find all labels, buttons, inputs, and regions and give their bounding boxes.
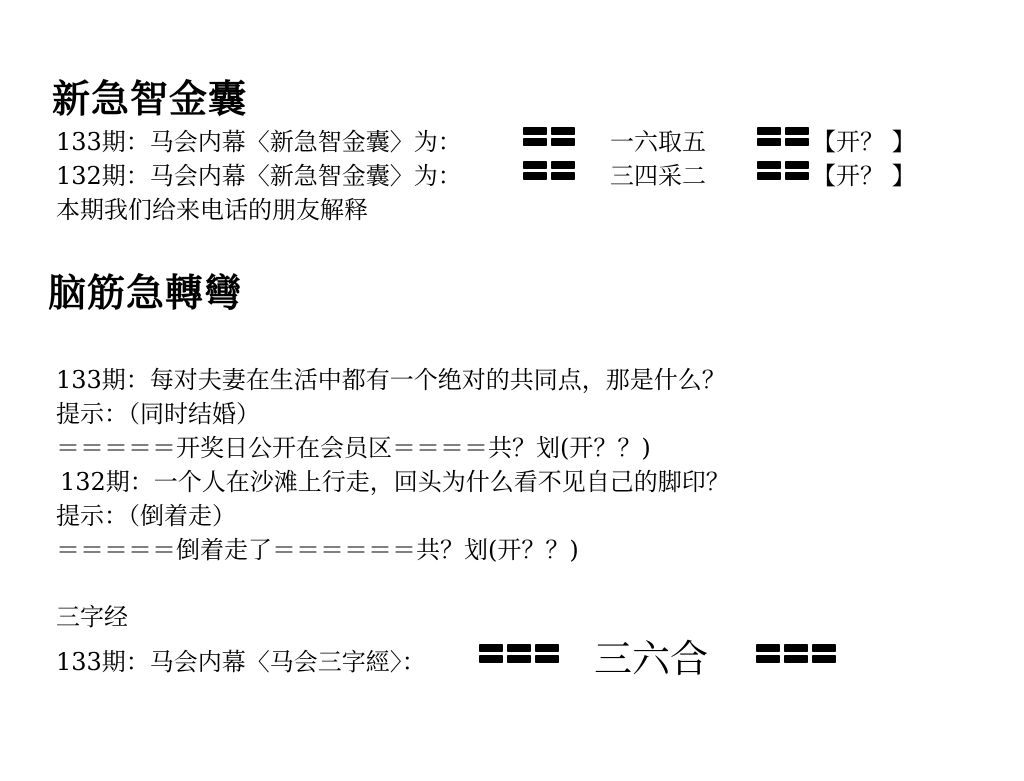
row-132-prefix: 132期：马会内幕〈新急智金囊〉为： [56, 156, 462, 191]
answer-133: ＝＝＝＝＝开奖日公开在会员区＝＝＝＝共？划(开？？) [56, 428, 651, 463]
redacted-block-icon [479, 644, 559, 663]
row-132-suffix: 【开？ 】 [812, 156, 916, 191]
section-title-sanzijing: 三字经 [56, 597, 128, 632]
answer-132: ＝＝＝＝＝倒着走了＝＝＝＝＝＝共？划(开？？) [56, 530, 579, 565]
hint-133: 提示：（同时结婚） [56, 394, 260, 429]
redacted-block-icon [757, 161, 809, 180]
question-132: 132期：一个人在沙滩上行走，回头为什么看不见自己的脚印？ [60, 462, 730, 497]
section-title-naojin: 脑筋急轉彎 [48, 262, 243, 317]
row-132-answer: 三四采二 [610, 156, 706, 191]
hint-132: 提示：（倒着走） [56, 496, 236, 531]
row-133-answer: 一六取五 [610, 122, 706, 157]
row-133-prefix: 133期：马会内幕〈新急智金囊〉为： [56, 122, 462, 157]
row-133-suffix: 【开？ 】 [812, 122, 916, 157]
question-133: 133期：每对夫妻在生活中都有一个绝对的共同点，那是什么？ [56, 360, 726, 395]
section1-note: 本期我们给来电话的朋友解释 [56, 190, 368, 225]
sanzijing-answer: 三六合 [594, 628, 708, 683]
redacted-block-icon [757, 127, 809, 146]
redacted-block-icon [756, 644, 836, 663]
redacted-block-icon [523, 127, 575, 146]
section-title-jinang: 新急智金囊 [52, 68, 247, 123]
redacted-block-icon [523, 161, 575, 180]
sanzijing-prefix: 133期：马会内幕〈马会三字經〉： [56, 642, 426, 677]
